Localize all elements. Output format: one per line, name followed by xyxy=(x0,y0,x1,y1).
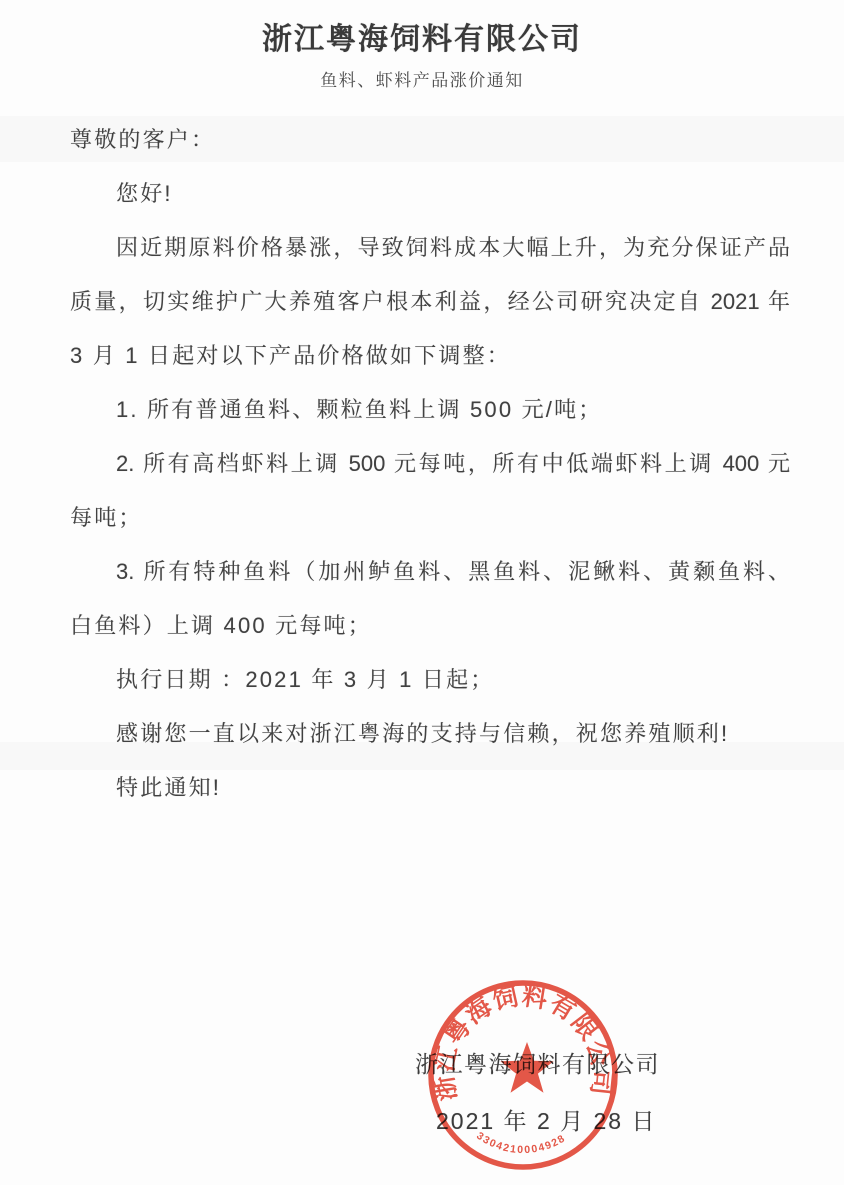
document-page: 浙江粤海饲料有限公司 鱼料、虾料产品涨价通知 尊敬的客户：您好!因近期原料价格暴… xyxy=(0,0,844,1185)
body-line: 质量，切实维护广大养殖客户根本利益，经公司研究决定自 2021 年 xyxy=(70,275,790,329)
svg-text:浙江粤海饲料有限公司: 浙江粤海饲料有限公司 xyxy=(430,982,616,1103)
body-line: 因近期原料价格暴涨，导致饲料成本大幅上升，为充分保证产品 xyxy=(70,221,790,275)
body-line: 尊敬的客户： xyxy=(70,113,790,167)
body-line: 执行日期 ：2021 年 3 月 1 日起； xyxy=(70,653,790,707)
body-line: 3. 所有特种鱼料（加州鲈鱼料、黑鱼料、泥鳅料、黄颡鱼料、 xyxy=(70,545,790,599)
body-line: 特此通知! xyxy=(70,761,790,815)
document-title: 浙江粤海饲料有限公司 xyxy=(0,14,844,58)
body-line: 感谢您一直以来对浙江粤海的支持与信赖，祝您养殖顺利! xyxy=(70,707,790,761)
body-line: 1. 所有普通鱼料、颗粒鱼料上调 500 元/吨； xyxy=(70,383,790,437)
body-line: 3 月 1 日起对以下产品价格做如下调整： xyxy=(70,329,790,383)
notice-subtitle: 鱼料、虾料产品涨价通知 xyxy=(0,66,844,91)
body-line: 每吨； xyxy=(70,491,790,545)
signature-company: 浙江粤海饲料有限公司 xyxy=(415,1046,660,1079)
body-line: 2. 所有高档虾料上调 500 元每吨，所有中低端虾料上调 400 元 xyxy=(70,437,790,491)
body-line: 白鱼料）上调 400 元每吨； xyxy=(70,599,790,653)
signature-date: 2021 年 2 月 28 日 xyxy=(436,1103,657,1136)
body-line: 您好! xyxy=(70,167,790,221)
body-text: 尊敬的客户：您好!因近期原料价格暴涨，导致饲料成本大幅上升，为充分保证产品质量，… xyxy=(70,113,790,815)
seal-ring-text: 浙江粤海饲料有限公司 xyxy=(430,982,616,1103)
